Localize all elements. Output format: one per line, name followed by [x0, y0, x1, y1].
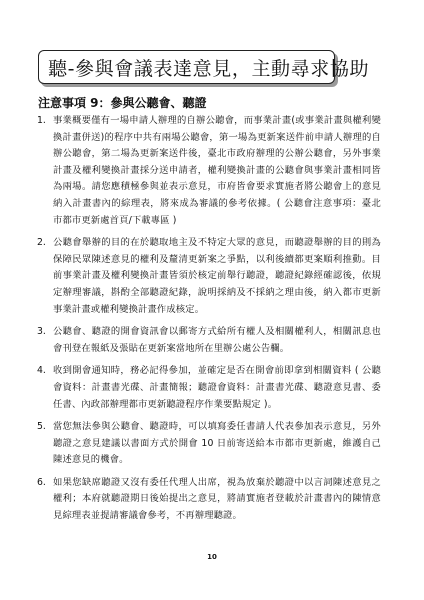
item-number: 2.	[37, 235, 53, 318]
item-number: 3.	[37, 324, 53, 357]
item-number: 1.	[37, 113, 53, 229]
item-text: 如果您缺席聽證又沒有委任代理人出席，視為放棄於聽證中以言詞陳述意見之權利；本府就…	[53, 475, 381, 525]
list-item: 5. 當您無法參與公聽會、聽證時，可以填寫委任書請人代表參加表示意見，另外聽證之…	[37, 419, 381, 469]
item-number: 4.	[37, 363, 53, 413]
notice-list: 1. 事業概要僅有一場申請人辦理的自辦公聽會，而事業計畫(或事業計畫與權利變換計…	[37, 113, 381, 531]
page-title: 聽-參與會議表達意見，主動尋求協助	[39, 54, 369, 81]
page-number: 10	[0, 553, 424, 561]
item-text: 收到開會通知時，務必記得參加，並確定是否在開會前即拿到相關資料 ( 公聽會資料：…	[53, 363, 381, 413]
item-number: 5.	[37, 419, 53, 469]
item-text: 事業概要僅有一場申請人辦理的自辦公聽會，而事業計畫(或事業計畫與權利變換計畫併送…	[53, 113, 381, 229]
list-item: 2. 公聽會舉辦的目的在於聽取地主及不特定大眾的意見，而聽證舉辦的目的則為保障民…	[37, 235, 381, 318]
list-item: 1. 事業概要僅有一場申請人辦理的自辦公聽會，而事業計畫(或事業計畫與權利變換計…	[37, 113, 381, 229]
item-text: 當您無法參與公聽會、聽證時，可以填寫委任書請人代表參加表示意見，另外聽證之意見建…	[53, 419, 381, 469]
item-text: 公聽會、聽證的開會資訊會以郵寄方式給所有權人及相關權利人，相關訊息也會刊登在報紙…	[53, 324, 381, 357]
list-item: 3. 公聽會、聽證的開會資訊會以郵寄方式給所有權人及相關權利人，相關訊息也會刊登…	[37, 324, 381, 357]
item-text: 公聽會舉辦的目的在於聽取地主及不特定大眾的意見，而聽證舉辦的目的則為保障民眾陳述…	[53, 235, 381, 318]
item-number: 6.	[37, 475, 53, 525]
list-item: 4. 收到開會通知時，務必記得參加，並確定是否在開會前即拿到相關資料 ( 公聽會…	[37, 363, 381, 413]
list-item: 6. 如果您缺席聽證又沒有委任代理人出席，視為放棄於聽證中以言詞陳述意見之權利；…	[37, 475, 381, 525]
title-box: 聽-參與會議表達意見，主動尋求協助	[38, 50, 335, 84]
section-heading: 注意事項 9：參與公聽會、聽證	[38, 94, 207, 111]
